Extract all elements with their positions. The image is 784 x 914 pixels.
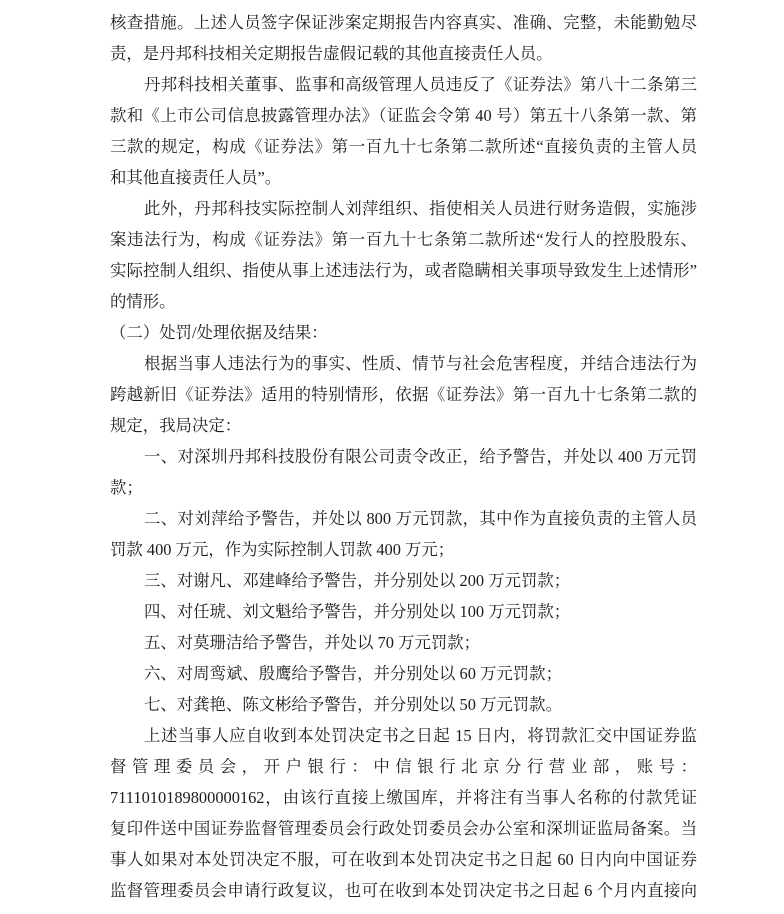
text-line: 核查措施。上述人员签字保证涉案定期报告内容真实、准确、完整，未能勤勉尽 [110, 7, 697, 38]
text-line: 实际控制人组织、指使从事上述违法行为，或者隐瞒相关事项导致发生上述情形” [110, 255, 697, 286]
payment-instructions-line: 7111010189800000162，由该行直接上缴国库，并将注有当事人名称的… [110, 782, 697, 813]
text-line: 款和《上市公司信息披露管理办法》（证监会令第 40 号）第五十八条第一款、第 [110, 100, 697, 131]
penalty-item-line: 六、对周鸾斌、殷鹰给予警告，并分别处以 60 万元罚款； [110, 658, 697, 689]
text-line: 案违法行为，构成《证券法》第一百九十七条第二款所述“发行人的控股股东、 [110, 224, 697, 255]
payment-instructions-line: 复印件送中国证券监督管理委员会行政处罚委员会办公室和深圳证监局备案。当 [110, 813, 697, 844]
penalty-item-line: 五、对莫珊洁给予警告，并处以 70 万元罚款； [110, 627, 697, 658]
document-page: 核查措施。上述人员签字保证涉案定期报告内容真实、准确、完整，未能勤勉尽 责，是丹… [0, 0, 784, 914]
text-line: 的情形。 [110, 286, 697, 317]
text-line: 和其他直接责任人员”。 [110, 162, 697, 193]
text-line: 此外，丹邦科技实际控制人刘萍组织、指使相关人员进行财务造假，实施涉 [110, 193, 697, 224]
text-line: 跨越新旧《证券法》适用的特别情形，依据《证券法》第一百九十七条第二款的 [110, 379, 697, 410]
penalty-item-line: 一、对深圳丹邦科技股份有限公司责令改正，给予警告，并处以 400 万元罚 [110, 441, 697, 472]
text-line: 三款的规定，构成《证券法》第一百九十七条第二款所述“直接负责的主管人员 [110, 131, 697, 162]
penalty-item-line: 四、对任琥、刘文魁给予警告，并分别处以 100 万元罚款； [110, 596, 697, 627]
payment-instructions-line: 督管理委员会，开户银行：中信银行北京分行营业部，账号： [110, 751, 697, 782]
text-line: 丹邦科技相关董事、监事和高级管理人员违反了《证券法》第八十二条第三 [110, 69, 697, 100]
appeal-instructions-line: 事人如果对本处罚决定不服，可在收到本处罚决定书之日起 60 日内向中国证券 [110, 844, 697, 875]
penalty-item-line: 二、对刘萍给予警告，并处以 800 万元罚款，其中作为直接负责的主管人员 [110, 503, 697, 534]
penalty-item-line: 三、对谢凡、邓建峰给予警告，并分别处以 200 万元罚款； [110, 565, 697, 596]
text-line: 根据当事人违法行为的事实、性质、情节与社会危害程度，并结合违法行为 [110, 348, 697, 379]
penalty-item-line: 款； [110, 472, 697, 503]
section-heading: （二）处罚/处理依据及结果： [110, 317, 697, 348]
penalty-item-line: 罚款 400 万元，作为实际控制人罚款 400 万元； [110, 534, 697, 565]
payment-instructions-line: 上述当事人应自收到本处罚决定书之日起 15 日内，将罚款汇交中国证券监 [110, 720, 697, 751]
appeal-instructions-line: 监督管理委员会申请行政复议，也可在收到本处罚决定书之日起 6 个月内直接向 [110, 875, 697, 906]
text-line: 规定，我局决定： [110, 410, 697, 441]
text-line: 责，是丹邦科技相关定期报告虚假记载的其他直接责任人员。 [110, 38, 697, 69]
penalty-item-line: 七、对龚艳、陈文彬给予警告，并分别处以 50 万元罚款。 [110, 689, 697, 720]
